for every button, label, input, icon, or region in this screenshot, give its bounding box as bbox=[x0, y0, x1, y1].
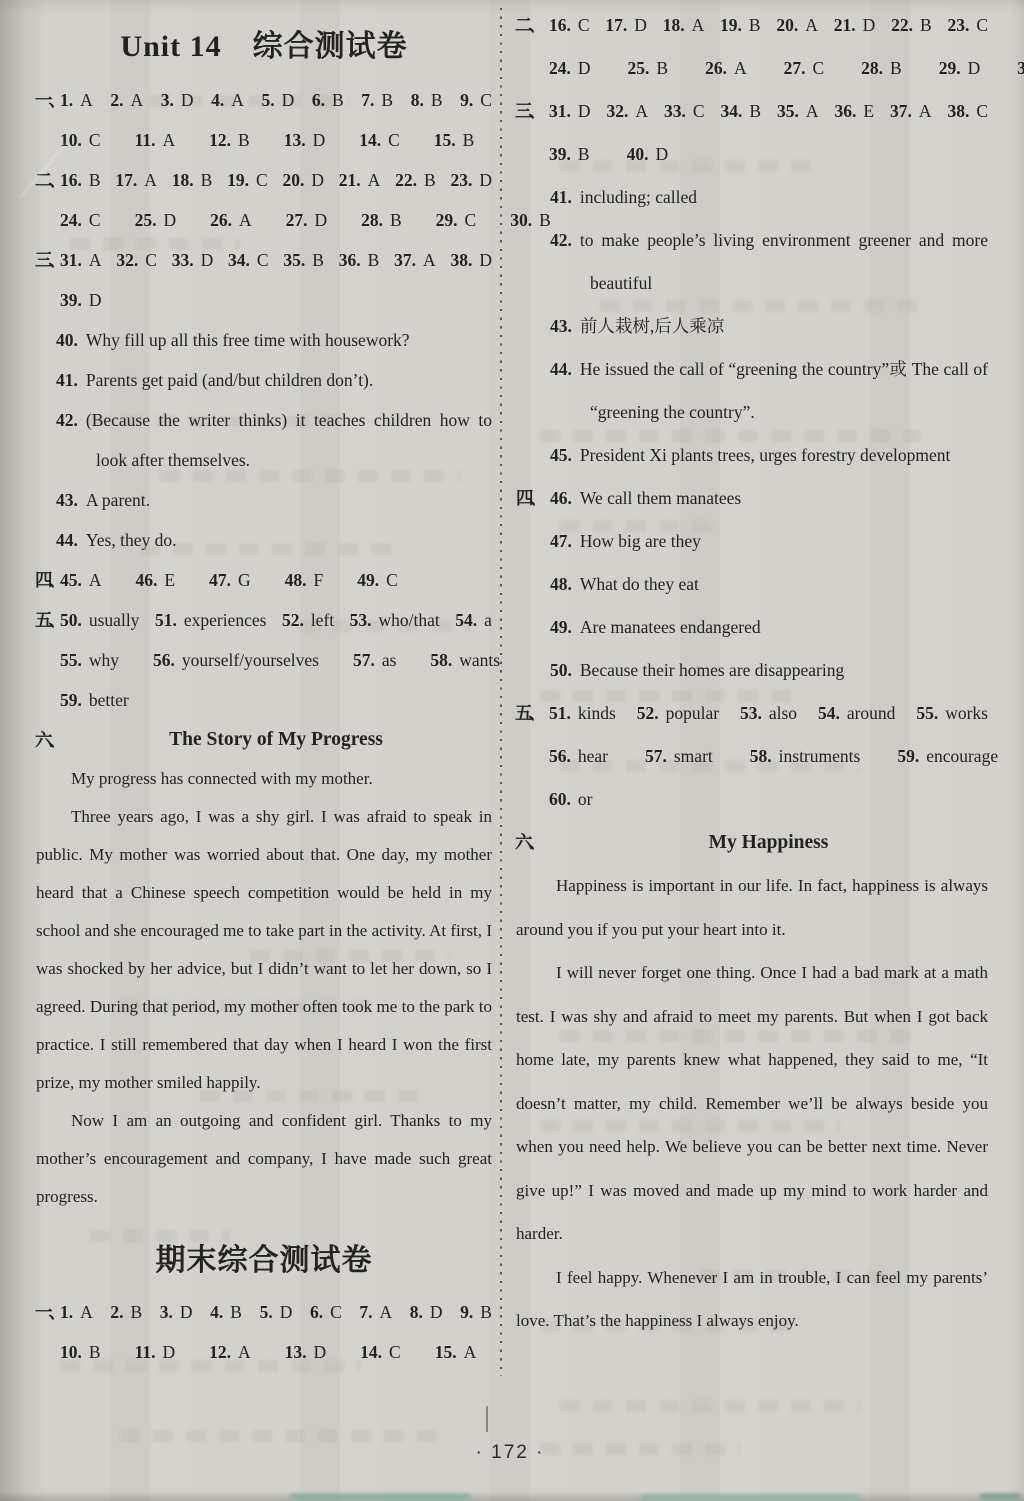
answer-number: 21. bbox=[834, 15, 856, 35]
bleed-through-artifact bbox=[120, 1430, 440, 1442]
answer-value: A bbox=[144, 170, 157, 190]
section-label: 六、 bbox=[515, 821, 542, 864]
answer-text: A parent. bbox=[86, 490, 150, 510]
answer-number: 2. bbox=[110, 90, 123, 110]
answer-value: B bbox=[749, 101, 761, 121]
answer-item: 9.B bbox=[460, 1292, 492, 1332]
answer-item: 5.D bbox=[260, 1292, 293, 1332]
answer-text: How big are they bbox=[580, 531, 701, 551]
answer-item: 11.A bbox=[135, 120, 176, 160]
answer-number: 57. bbox=[645, 746, 667, 766]
answer-item: 25.D bbox=[135, 200, 177, 240]
answer-text: including; called bbox=[580, 187, 697, 207]
answer-number: 18. bbox=[172, 170, 194, 190]
answer-value: A bbox=[80, 1302, 93, 1322]
answer-item: 29.D bbox=[939, 47, 981, 90]
answer-number: 27. bbox=[784, 58, 806, 78]
answer-number: 9. bbox=[460, 1302, 473, 1322]
answer-number: 55. bbox=[916, 703, 938, 723]
answer-row: 三、31.A32.C33.D34.C35.B36.B37.A38.D bbox=[60, 240, 492, 280]
answer-value: D bbox=[89, 290, 102, 310]
answer-number: 18. bbox=[663, 15, 685, 35]
answer-number: 49. bbox=[357, 570, 379, 590]
answer-item: 49.C bbox=[357, 560, 398, 600]
bleed-through-artifact bbox=[560, 1400, 860, 1412]
page-edge-shadow bbox=[0, 0, 46, 1501]
answer-item: 3.D bbox=[160, 1292, 193, 1332]
answer-number: 33. bbox=[664, 101, 686, 121]
answer-value: E bbox=[164, 570, 175, 590]
answer-text: Yes, they do. bbox=[86, 530, 177, 550]
answer-value: left bbox=[311, 610, 334, 630]
answer-item: 52.left bbox=[282, 600, 334, 640]
answer-number: 13. bbox=[284, 130, 306, 150]
answer-number: 28. bbox=[861, 58, 883, 78]
answer-number: 24. bbox=[60, 210, 82, 230]
answer-row: 59.better bbox=[60, 680, 492, 720]
answer-item: 46.E bbox=[136, 560, 176, 600]
answer-number: 6. bbox=[310, 1302, 323, 1322]
answer-item: 37.A bbox=[890, 90, 932, 133]
answer-number: 55. bbox=[60, 650, 82, 670]
answer-value: A bbox=[89, 570, 102, 590]
answer-item: 54.around bbox=[818, 692, 895, 735]
answer-value: D bbox=[282, 90, 295, 110]
essay-paragraph: My progress has connected with my mother… bbox=[36, 760, 492, 798]
page-edge-shadow bbox=[1010, 0, 1024, 1501]
answer-number: 52. bbox=[282, 610, 304, 630]
answer-number: 25. bbox=[135, 210, 157, 230]
answer-value: B bbox=[920, 15, 932, 35]
answer-item: 33.D bbox=[172, 240, 214, 280]
numbered-answer: 41.including; called bbox=[550, 176, 988, 219]
answer-value: D bbox=[311, 170, 324, 190]
answer-item: 37.A bbox=[394, 240, 436, 280]
answer-row: 一、1.A2.A3.D4.A5.D6.B7.B8.B9.C bbox=[60, 80, 492, 120]
answer-number: 20. bbox=[282, 170, 304, 190]
answer-number: 13. bbox=[285, 1342, 307, 1362]
answer-value: A bbox=[80, 90, 93, 110]
section-title: 期末综合测试卷 bbox=[36, 1240, 492, 1282]
answer-row: 39.D bbox=[60, 280, 492, 320]
answer-item: 56.hear bbox=[549, 735, 608, 778]
answer-item: 21.A bbox=[339, 160, 381, 200]
answer-text: President Xi plants trees, urges forestr… bbox=[580, 445, 951, 465]
numbered-answer: 43.前人栽树,后人乘凉 bbox=[550, 305, 988, 348]
answer-value: C bbox=[480, 90, 492, 110]
answer-value: D bbox=[181, 90, 194, 110]
answer-value: E bbox=[863, 101, 874, 121]
answer-number: 8. bbox=[411, 90, 424, 110]
answer-value: C bbox=[89, 210, 101, 230]
answer-number: 19. bbox=[720, 15, 742, 35]
essay-heading: 六、The Story of My Progress bbox=[60, 720, 492, 760]
answer-number: 5. bbox=[260, 1302, 273, 1322]
answer-row: 24.D25.B26.A27.C28.B29.D30.C bbox=[549, 47, 988, 90]
answer-number: 37. bbox=[394, 250, 416, 270]
page-bottom-edge bbox=[0, 1491, 1024, 1501]
answer-number: 40. bbox=[56, 330, 78, 350]
answer-value: B bbox=[368, 250, 380, 270]
answer-number: 47. bbox=[550, 531, 572, 551]
answer-text: 前人栽树,后人乘凉 bbox=[580, 316, 724, 336]
answer-item: 6.B bbox=[312, 80, 344, 120]
answer-value: A bbox=[423, 250, 436, 270]
answer-item: 12.B bbox=[209, 120, 250, 160]
answer-value: B bbox=[201, 170, 213, 190]
answer-value: D bbox=[162, 1342, 175, 1362]
answer-number: 11. bbox=[135, 1342, 156, 1362]
scan-smudge bbox=[640, 1495, 860, 1500]
answer-item: 47.G bbox=[209, 560, 251, 600]
answer-number: 10. bbox=[60, 1342, 82, 1362]
answer-item: 13.D bbox=[285, 1332, 327, 1372]
answer-number: 36. bbox=[339, 250, 361, 270]
answer-item: 33.C bbox=[664, 90, 705, 133]
section-title: Unit 14 综合测试卷 bbox=[36, 26, 492, 68]
answer-value: C bbox=[388, 130, 400, 150]
answer-number: 12. bbox=[209, 130, 231, 150]
answer-value: B bbox=[238, 130, 250, 150]
answer-row: 五、51.kinds52.popular53.also54.around55.w… bbox=[549, 692, 988, 735]
answer-row: 四、45.A46.E47.G48.F49.C bbox=[60, 560, 492, 600]
answer-number: 57. bbox=[353, 650, 375, 670]
answer-number: 22. bbox=[395, 170, 417, 190]
answer-value: who/that bbox=[379, 610, 440, 630]
answer-item: 32.A bbox=[606, 90, 648, 133]
answer-value: G bbox=[238, 570, 251, 590]
answer-text: We call them manatees bbox=[580, 488, 741, 508]
essay-title: The Story of My Progress bbox=[169, 729, 383, 750]
answer-value: C bbox=[145, 250, 157, 270]
answer-number: 26. bbox=[705, 58, 727, 78]
answer-item: 22.B bbox=[395, 160, 436, 200]
answer-item: 53.who/that bbox=[350, 600, 440, 640]
scan-smudge bbox=[290, 1494, 470, 1499]
answer-number: 39. bbox=[549, 144, 571, 164]
answer-value: D bbox=[201, 250, 214, 270]
answer-value: B bbox=[381, 90, 393, 110]
numbered-answer: 42.to make people’s living environment g… bbox=[550, 219, 988, 305]
answer-row: 56.hear57.smart58.instruments59.encourag… bbox=[549, 735, 988, 778]
answer-value: B bbox=[89, 170, 101, 190]
answer-item: 55.why bbox=[60, 640, 119, 680]
answer-value: B bbox=[230, 1302, 242, 1322]
answer-item: 38.D bbox=[450, 240, 492, 280]
answer-item: 40.D bbox=[627, 133, 669, 176]
scan-smudge bbox=[980, 1494, 1020, 1499]
answer-item: 35.B bbox=[283, 240, 324, 280]
answer-value: A bbox=[464, 1342, 477, 1362]
answer-value: A bbox=[131, 90, 144, 110]
answer-number: 42. bbox=[550, 230, 572, 250]
answer-row: 10.C11.A12.B13.D14.C15.B bbox=[60, 120, 492, 160]
answer-item: 34.B bbox=[720, 90, 761, 133]
answer-value: wants bbox=[459, 650, 500, 670]
numbered-answer: 47.How big are they bbox=[550, 520, 988, 563]
answer-item: 12.A bbox=[209, 1332, 251, 1372]
answer-number: 19. bbox=[227, 170, 249, 190]
essay-paragraph: Happiness is important in our life. In f… bbox=[516, 864, 988, 951]
answer-number: 24. bbox=[549, 58, 571, 78]
answer-number: 36. bbox=[834, 101, 856, 121]
answer-value: why bbox=[89, 650, 119, 670]
answer-value: A bbox=[380, 1302, 393, 1322]
answer-value: C bbox=[389, 1342, 401, 1362]
answer-number: 32. bbox=[116, 250, 138, 270]
answer-item: 59.encourage bbox=[897, 735, 998, 778]
answer-number: 59. bbox=[60, 690, 82, 710]
answer-value: A bbox=[162, 130, 175, 150]
answer-number: 52. bbox=[637, 703, 659, 723]
answer-text: Parents get paid (and/but children don’t… bbox=[86, 370, 373, 390]
essay-paragraph: I will never forget one thing. Once I ha… bbox=[516, 951, 988, 1256]
answer-value: B bbox=[89, 1342, 101, 1362]
answer-value: D bbox=[578, 101, 591, 121]
answer-item: 35.A bbox=[777, 90, 819, 133]
answer-value: C bbox=[256, 170, 268, 190]
answer-number: 39. bbox=[60, 290, 82, 310]
answer-number: 44. bbox=[56, 530, 78, 550]
answer-item: 24.C bbox=[60, 200, 101, 240]
essay-paragraph: I feel happy. Whenever I am in trouble, … bbox=[516, 1256, 988, 1343]
answer-item: 15.A bbox=[435, 1332, 477, 1372]
answer-value: kinds bbox=[578, 703, 616, 723]
answer-number: 8. bbox=[410, 1302, 423, 1322]
answer-item: 58.instruments bbox=[750, 735, 861, 778]
answer-row: 60.or bbox=[549, 778, 988, 821]
answer-number: 56. bbox=[549, 746, 571, 766]
answer-number: 43. bbox=[56, 490, 78, 510]
answer-item: 54.a bbox=[455, 600, 492, 640]
answer-item: 50.usually bbox=[60, 600, 139, 640]
answer-value: C bbox=[465, 210, 477, 230]
answer-value: D bbox=[313, 130, 326, 150]
answer-item: 14.C bbox=[359, 120, 400, 160]
answer-number: 51. bbox=[549, 703, 571, 723]
answer-number: 42. bbox=[56, 410, 78, 430]
answer-number: 15. bbox=[435, 1342, 457, 1362]
answer-number: 4. bbox=[211, 90, 224, 110]
answer-number: 27. bbox=[286, 210, 308, 230]
answer-number: 59. bbox=[897, 746, 919, 766]
answer-number: 31. bbox=[60, 250, 82, 270]
answer-value: D bbox=[655, 144, 668, 164]
answer-value: B bbox=[332, 90, 344, 110]
answer-value: A bbox=[806, 101, 819, 121]
answer-number: 14. bbox=[360, 1342, 382, 1362]
scanned-answer-page: Unit 14 综合测试卷一、1.A2.A3.D4.A5.D6.B7.B8.B9… bbox=[0, 0, 1024, 1501]
answer-item: 26.A bbox=[210, 200, 252, 240]
answer-value: A bbox=[805, 15, 818, 35]
answer-value: A bbox=[734, 58, 747, 78]
answer-value: popular bbox=[666, 703, 719, 723]
answer-number: 32. bbox=[606, 101, 628, 121]
answer-value: C bbox=[976, 101, 988, 121]
answer-item: 52.popular bbox=[637, 692, 719, 735]
column-divider bbox=[500, 8, 502, 1376]
answer-value: works bbox=[945, 703, 988, 723]
answer-value: A bbox=[368, 170, 381, 190]
bleed-through-artifact bbox=[540, 1443, 740, 1455]
answer-value: C bbox=[257, 250, 269, 270]
answer-item: 18.B bbox=[172, 160, 213, 200]
answer-text: Because their homes are disappearing bbox=[580, 660, 844, 680]
answer-item: 48.F bbox=[285, 560, 324, 600]
answer-value: as bbox=[382, 650, 397, 670]
numbered-answer: 45.President Xi plants trees, urges fore… bbox=[550, 434, 988, 477]
answer-value: B bbox=[480, 1302, 492, 1322]
answer-item: 4.A bbox=[211, 80, 244, 120]
answer-value: B bbox=[578, 144, 590, 164]
answer-number: 22. bbox=[891, 15, 913, 35]
answer-value: usually bbox=[89, 610, 140, 630]
numbered-answer: 50.Because their homes are disappearing bbox=[550, 649, 988, 692]
numbered-answer: 49.Are manatees endangered bbox=[550, 606, 988, 649]
answer-number: 40. bbox=[627, 144, 649, 164]
answer-item: 39.B bbox=[549, 133, 590, 176]
section-label: 五、 bbox=[515, 692, 542, 735]
answer-item: 36.B bbox=[339, 240, 380, 280]
answer-number: 38. bbox=[450, 250, 472, 270]
answer-item: 32.C bbox=[116, 240, 157, 280]
answer-item: 9.C bbox=[460, 80, 492, 120]
answer-row: 五、50.usually51.experiences52.left53.who/… bbox=[60, 600, 492, 640]
numbered-answer: 41.Parents get paid (and/but children do… bbox=[56, 360, 492, 400]
answer-number: 29. bbox=[939, 58, 961, 78]
answer-value: C bbox=[976, 15, 988, 35]
answer-number: 20. bbox=[776, 15, 798, 35]
answer-row: 三、31.D32.A33.C34.B35.A36.E37.A38.C bbox=[549, 90, 988, 133]
essay-heading: 六、My Happiness bbox=[549, 821, 988, 864]
answer-row: 10.B11.D12.A13.D14.C15.A bbox=[60, 1332, 492, 1372]
answer-number: 35. bbox=[283, 250, 305, 270]
answer-item: 17.A bbox=[115, 160, 157, 200]
answer-value: a bbox=[484, 610, 492, 630]
answer-value: D bbox=[163, 210, 176, 230]
answer-number: 21. bbox=[339, 170, 361, 190]
answer-value: B bbox=[749, 15, 761, 35]
answer-text: Are manatees endangered bbox=[580, 617, 761, 637]
answer-value: C bbox=[578, 15, 590, 35]
answer-item: 57.as bbox=[353, 640, 396, 680]
answer-number: 49. bbox=[550, 617, 572, 637]
answer-item: 1.A bbox=[60, 1292, 93, 1332]
answer-number: 3. bbox=[161, 90, 174, 110]
answer-value: instruments bbox=[779, 746, 861, 766]
answer-value: D bbox=[430, 1302, 443, 1322]
answer-number: 3. bbox=[160, 1302, 173, 1322]
answer-number: 54. bbox=[818, 703, 840, 723]
answer-number: 46. bbox=[136, 570, 158, 590]
answer-item: 4.B bbox=[210, 1292, 242, 1332]
answer-number: 16. bbox=[60, 170, 82, 190]
answer-value: C bbox=[812, 58, 824, 78]
divider-remnant bbox=[486, 1406, 488, 1432]
answer-number: 47. bbox=[209, 570, 231, 590]
answer-number: 58. bbox=[430, 650, 452, 670]
answer-item: 20.D bbox=[282, 160, 324, 200]
answer-item: 31.A bbox=[60, 240, 102, 280]
answer-value: D bbox=[968, 58, 981, 78]
essay-paragraph: Now I am an outgoing and confident girl.… bbox=[36, 1102, 492, 1216]
answer-item: 19.C bbox=[227, 160, 268, 200]
answer-value: A bbox=[635, 101, 648, 121]
answer-item: 28.B bbox=[861, 47, 902, 90]
numbered-answer: 44.He issued the call of “greening the c… bbox=[550, 348, 988, 434]
numbered-answer: 44.Yes, they do. bbox=[56, 520, 492, 560]
answer-item: 11.D bbox=[135, 1332, 176, 1372]
answer-item: 1.A bbox=[60, 80, 93, 120]
answer-item: 58.wants bbox=[430, 640, 500, 680]
answer-number: 51. bbox=[155, 610, 177, 630]
answer-value: A bbox=[239, 210, 252, 230]
answer-value: B bbox=[424, 170, 436, 190]
answer-row: 55.why56.yourself/yourselves57.as58.want… bbox=[60, 640, 492, 680]
answer-number: 25. bbox=[628, 58, 650, 78]
answer-number: 17. bbox=[605, 15, 627, 35]
answer-item: 15.B bbox=[434, 120, 475, 160]
answer-item: 13.D bbox=[284, 120, 326, 160]
answer-number: 53. bbox=[350, 610, 372, 630]
answer-value: B bbox=[431, 90, 443, 110]
answer-item: 56.yourself/yourselves bbox=[153, 640, 319, 680]
answer-number: 31. bbox=[549, 101, 571, 121]
answer-text: to make people’s living environment gree… bbox=[580, 230, 988, 293]
answer-number: 56. bbox=[153, 650, 175, 670]
answer-item: 25.B bbox=[628, 47, 669, 90]
answer-value: D bbox=[479, 250, 492, 270]
answer-number: 34. bbox=[228, 250, 250, 270]
answer-value: A bbox=[89, 250, 102, 270]
answer-value: B bbox=[656, 58, 668, 78]
answer-number: 7. bbox=[359, 1302, 372, 1322]
page-edge-shadow bbox=[0, 0, 1024, 14]
answer-number: 4. bbox=[210, 1302, 223, 1322]
answer-item: 24.D bbox=[549, 47, 591, 90]
answer-item: 51.experiences bbox=[155, 600, 266, 640]
answer-value: D bbox=[863, 15, 876, 35]
essay-title: My Happiness bbox=[709, 832, 829, 853]
answer-text: What do they eat bbox=[580, 574, 699, 594]
answer-item: 8.B bbox=[411, 80, 443, 120]
answer-item: 53.also bbox=[740, 692, 797, 735]
answer-value: F bbox=[313, 570, 323, 590]
answer-number: 46. bbox=[550, 488, 572, 508]
answer-number: 43. bbox=[550, 316, 572, 336]
answer-value: D bbox=[578, 58, 591, 78]
answer-number: 14. bbox=[359, 130, 381, 150]
answer-value: better bbox=[89, 690, 129, 710]
answer-value: B bbox=[463, 130, 475, 150]
answer-value: experiences bbox=[184, 610, 267, 630]
answer-value: B bbox=[890, 58, 902, 78]
answer-item: 28.B bbox=[361, 200, 402, 240]
numbered-answer: 48.What do they eat bbox=[550, 563, 988, 606]
answer-row: 一、1.A2.B3.D4.B5.D6.C7.A8.D9.B bbox=[60, 1292, 492, 1332]
answer-value: B bbox=[390, 210, 402, 230]
answer-number: 41. bbox=[56, 370, 78, 390]
answer-number: 50. bbox=[60, 610, 82, 630]
essay-paragraph: Three years ago, I was a shy girl. I was… bbox=[36, 798, 492, 1102]
answer-value: smart bbox=[674, 746, 713, 766]
answer-value: yourself/yourselves bbox=[182, 650, 319, 670]
answer-value: A bbox=[231, 90, 244, 110]
answer-number: 23. bbox=[947, 15, 969, 35]
answer-item: 16.B bbox=[60, 160, 101, 200]
answer-number: 12. bbox=[209, 1342, 231, 1362]
left-column: Unit 14 综合测试卷一、1.A2.A3.D4.A5.D6.B7.B8.B9… bbox=[36, 0, 492, 1372]
